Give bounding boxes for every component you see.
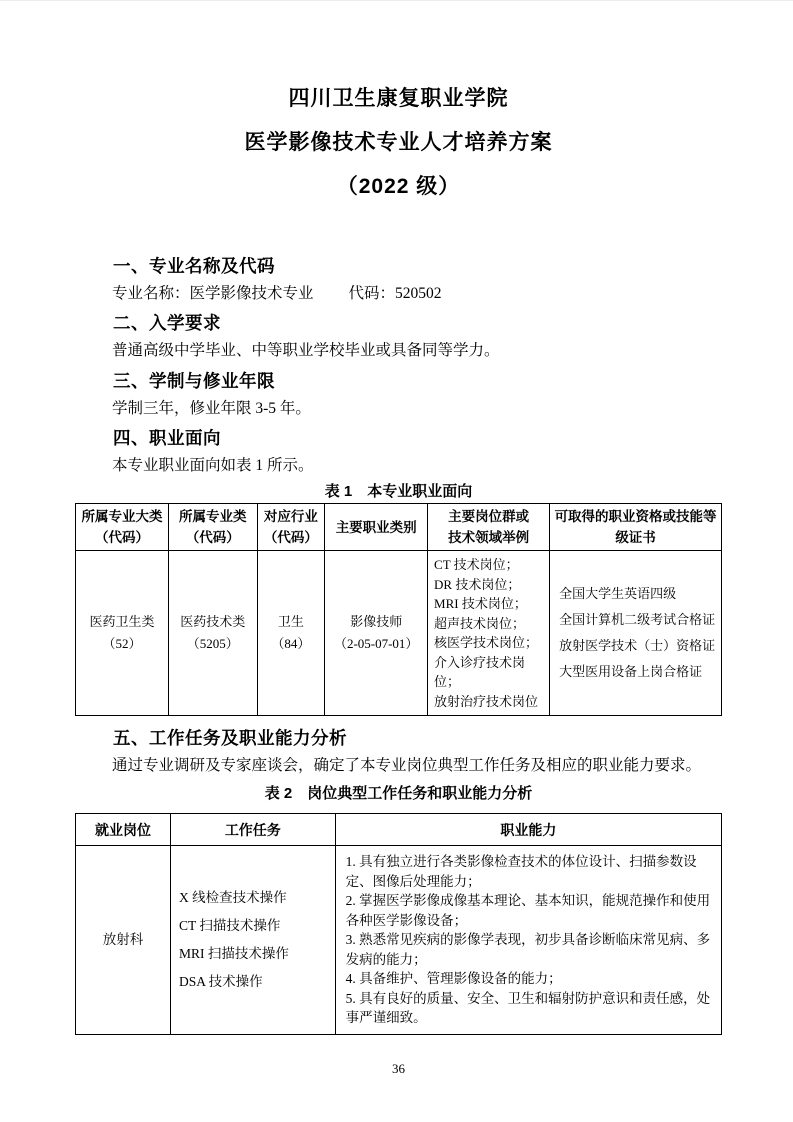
career-orientation-table: 所属专业大类 （代码） 所属专业类 （代码） 对应行业 （代码） 主要职业类别 … <box>75 503 722 716</box>
task-ability-table: 就业岗位 工作任务 职业能力 放射科 X 线检查技术操作 CT 扫描技术操作 M… <box>75 813 722 1035</box>
cell-tasks: X 线检查技术操作 CT 扫描技术操作 MRI 扫描技术操作 DSA 技术操作 <box>170 846 335 1035</box>
table-1-header-row: 所属专业大类 （代码） 所属专业类 （代码） 对应行业 （代码） 主要职业类别 … <box>76 504 722 551</box>
table-1-data-row: 医药卫生类 （52） 医药技术类 （5205） 卫生 （84） 影像技师 （2-… <box>76 551 722 716</box>
document-page: 四川卫生康复职业学院 医学影像技术专业人才培养方案 （2022 级） 一、专业名… <box>0 1 793 1122</box>
section-3-heading: 三、学制与修业年限 <box>113 367 722 395</box>
section-2-heading: 二、入学要求 <box>113 309 722 337</box>
cell-post-examples: CT 技术岗位； DR 技术岗位； MRI 技术岗位； 超声技术岗位； 核医学技… <box>428 551 550 716</box>
section-5-heading: 五、工作任务及职业能力分析 <box>113 724 722 752</box>
table-1-caption: 表 1 本专业职业面向 <box>75 480 722 503</box>
title-program: 医学影像技术专业人才培养方案 <box>75 121 722 165</box>
section-2-body: 普通高级中学毕业、中等职业学校毕业或具备同等学力。 <box>112 337 722 365</box>
major-code-value: 代码：520502 <box>349 280 442 308</box>
table-2-caption: 表 2 岗位典型工作任务和职业能力分析 <box>75 782 722 805</box>
header-major-category: 所属专业大类 （代码） <box>76 504 169 551</box>
major-name-value: 专业名称：医学影像技术专业 <box>112 280 314 308</box>
header-post-examples: 主要岗位群或 技术领域举例 <box>428 504 550 551</box>
header-tasks: 工作任务 <box>170 814 335 846</box>
section-1-heading: 一、专业名称及代码 <box>113 252 722 280</box>
section-3-body: 学制三年，修业年限 3-5 年。 <box>112 395 722 423</box>
header-occupation: 主要职业类别 <box>325 504 428 551</box>
header-abilities: 职业能力 <box>335 814 721 846</box>
section-1-body: 专业名称：医学影像技术专业 代码：520502 <box>112 280 722 308</box>
cell-industry: 卫生 （84） <box>257 551 325 716</box>
cell-post: 放射科 <box>76 846 171 1035</box>
table-2-data-row: 放射科 X 线检查技术操作 CT 扫描技术操作 MRI 扫描技术操作 DSA 技… <box>76 846 722 1035</box>
cell-major-category: 医药卫生类 （52） <box>76 551 169 716</box>
section-4-body: 本专业职业面向如表 1 所示。 <box>112 452 722 480</box>
page-number: 36 <box>75 1061 722 1077</box>
cell-major-class: 医药技术类 （5205） <box>169 551 258 716</box>
header-post: 就业岗位 <box>76 814 171 846</box>
cell-abilities: 1. 具有独立进行各类影像检查技术的体位设计、扫描参数设定、图像后处理能力； 2… <box>335 846 721 1035</box>
table-2-header-row: 就业岗位 工作任务 职业能力 <box>76 814 722 846</box>
cell-occupation: 影像技师 （2-05-07-01） <box>325 551 428 716</box>
section-5-body: 通过专业调研及专家座谈会，确定了本专业岗位典型工作任务及相应的职业能力要求。 <box>112 752 722 780</box>
header-certificates: 可取得的职业资格或技能等 级证书 <box>550 504 722 551</box>
title-cohort: （2022 级） <box>75 165 722 209</box>
document-title-block: 四川卫生康复职业学院 医学影像技术专业人才培养方案 （2022 级） <box>75 77 722 209</box>
header-major-class: 所属专业类 （代码） <box>169 504 258 551</box>
header-industry: 对应行业 （代码） <box>257 504 325 551</box>
title-college: 四川卫生康复职业学院 <box>75 77 722 121</box>
cell-certificates: 全国大学生英语四级 全国计算机二级考试合格证 放射医学技术（士）资格证 大型医用… <box>550 551 722 716</box>
section-4-heading: 四、职业面向 <box>113 424 722 452</box>
